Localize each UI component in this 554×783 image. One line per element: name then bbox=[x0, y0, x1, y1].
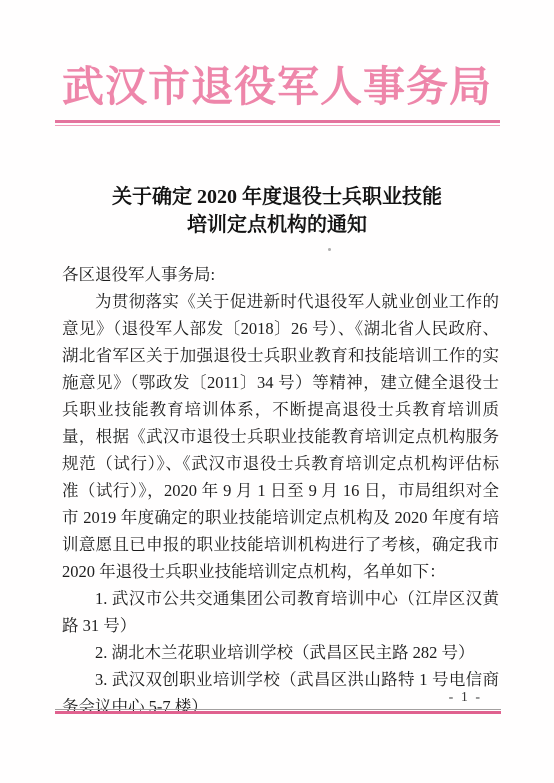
document-body: 各区退役军人事务局: 为贯彻落实《关于促进新时代退役军人就业创业工作的意见》（退… bbox=[62, 261, 499, 720]
body-paragraph: 为贯彻落实《关于促进新时代退役军人就业创业工作的意见》（退役军人部发〔2018〕… bbox=[62, 288, 499, 585]
letterhead-rule-thick bbox=[55, 120, 500, 123]
letterhead-double-rule bbox=[55, 120, 500, 126]
salutation: 各区退役军人事务局: bbox=[62, 261, 499, 288]
footer-rule-pink-line bbox=[55, 711, 501, 714]
scan-artifact-dot bbox=[328, 248, 331, 251]
footer-rule-gray-line bbox=[55, 709, 501, 710]
letterhead-rule-thin bbox=[55, 125, 500, 126]
document-title-line-1: 关于确定 2020 年度退役士兵职业技能 bbox=[0, 183, 554, 211]
document-title-line-2: 培训定点机构的通知 bbox=[0, 211, 554, 239]
institution-list-item: 1. 武汉市公共交通集团公司教育培训中心（江岸区汉黄路 31 号） bbox=[62, 585, 499, 639]
page-number: - 1 - bbox=[449, 690, 482, 706]
agency-letterhead: 武汉市退役军人事务局 bbox=[0, 62, 554, 114]
institution-list-item: 2. 湖北木兰花职业培训学校（武昌区民主路 282 号） bbox=[62, 639, 499, 666]
footer-rule bbox=[55, 709, 501, 714]
document-page: 武汉市退役军人事务局 关于确定 2020 年度退役士兵职业技能 培训定点机构的通… bbox=[0, 0, 554, 783]
document-title: 关于确定 2020 年度退役士兵职业技能 培训定点机构的通知 bbox=[0, 183, 554, 239]
institution-list: 1. 武汉市公共交通集团公司教育培训中心（江岸区汉黄路 31 号） 2. 湖北木… bbox=[62, 585, 499, 720]
